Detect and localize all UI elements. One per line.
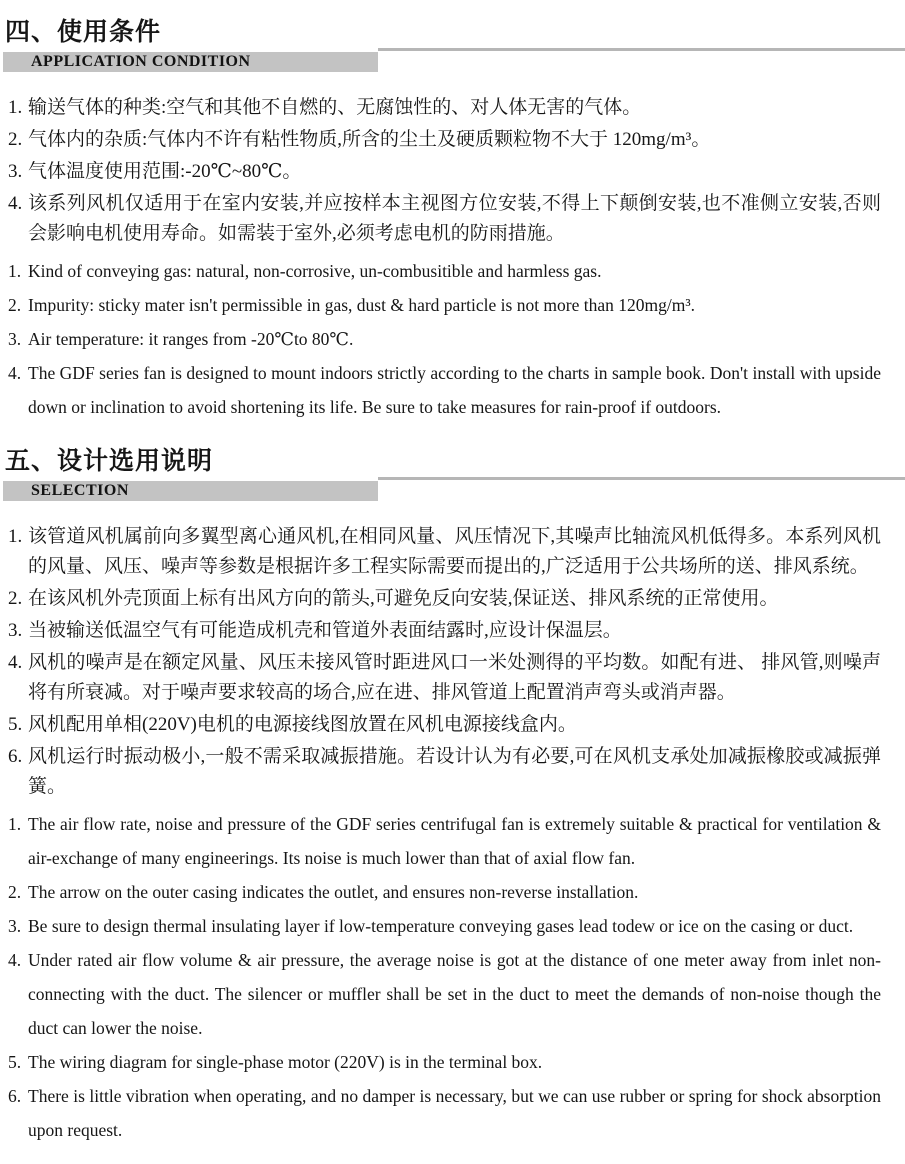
item-number: 3. bbox=[8, 909, 21, 943]
item-text: The GDF series fan is designed to mount … bbox=[28, 363, 881, 417]
item-text: 输送气体的种类:空气和其他不自燃的、无腐蚀性的、对人体无害的气体。 bbox=[28, 97, 641, 118]
list-item: 6. 风机运行时振动极小,一般不需采取减振措施。若设计认为有必要,可在风机支承处… bbox=[0, 742, 881, 802]
item-text: Be sure to design thermal insulating lay… bbox=[28, 916, 853, 936]
list-item: 1. 输送气体的种类:空气和其他不自燃的、无腐蚀性的、对人体无害的气体。 bbox=[0, 93, 881, 123]
section-title-cn: 四、使用条件 bbox=[5, 0, 905, 47]
list-item: 1. 该管道风机属前向多翼型离心通风机,在相同风量、风压情况下,其噪声比轴流风机… bbox=[0, 522, 881, 582]
list-item: 2. The arrow on the outer casing indicat… bbox=[0, 875, 881, 909]
list-item: 4. The GDF series fan is designed to mou… bbox=[0, 356, 881, 424]
item-text: 风机运行时振动极小,一般不需采取减振措施。若设计认为有必要,可在风机支承处加减振… bbox=[28, 746, 881, 797]
list-item: 2. 在该风机外壳顶面上标有出风方向的箭头,可避免反向安装,保证送、排风系统的正… bbox=[0, 584, 881, 614]
item-number: 1. bbox=[8, 93, 22, 123]
list-item: 3. 气体温度使用范围:-20℃~80℃。 bbox=[0, 157, 881, 187]
item-number: 4. bbox=[8, 943, 21, 977]
selection-list-cn: 1. 该管道风机属前向多翼型离心通风机,在相同风量、风压情况下,其噪声比轴流风机… bbox=[0, 522, 905, 802]
section-header-band: APPLICATION CONDITION bbox=[0, 48, 905, 72]
item-number: 5. bbox=[8, 710, 22, 740]
list-item: 1. Kind of conveying gas: natural, non-c… bbox=[0, 254, 881, 288]
item-number: 4. bbox=[8, 189, 22, 219]
item-text: The wiring diagram for single-phase moto… bbox=[28, 1052, 542, 1072]
item-number: 1. bbox=[8, 807, 21, 841]
header-rule-line bbox=[378, 48, 905, 51]
list-item: 3. 当被输送低温空气有可能造成机壳和管道外表面结露时,应设计保温层。 bbox=[0, 616, 881, 646]
item-number: 3. bbox=[8, 616, 22, 646]
header-rule-line bbox=[378, 477, 905, 480]
item-text: 风机配用单相(220V)电机的电源接线图放置在风机电源接线盒内。 bbox=[28, 714, 577, 735]
section-title-en-bar: SELECTION bbox=[3, 481, 378, 501]
list-item: 3. Be sure to design thermal insulating … bbox=[0, 909, 881, 943]
list-item: 2. Impurity: sticky mater isn't permissi… bbox=[0, 288, 881, 322]
section-selection: 五、设计选用说明 SELECTION 1. 该管道风机属前向多翼型离心通风机,在… bbox=[0, 448, 905, 1147]
item-number: 1. bbox=[8, 254, 21, 288]
section-application-condition: 四、使用条件 APPLICATION CONDITION 1. 输送气体的种类:… bbox=[0, 0, 905, 424]
list-item: 5. 风机配用单相(220V)电机的电源接线图放置在风机电源接线盒内。 bbox=[0, 710, 881, 740]
item-number: 2. bbox=[8, 288, 21, 322]
item-text: Under rated air flow volume & air pressu… bbox=[28, 950, 881, 1038]
item-number: 2. bbox=[8, 875, 21, 909]
list-item: 5. The wiring diagram for single-phase m… bbox=[0, 1045, 881, 1079]
list-item: 4. Under rated air flow volume & air pre… bbox=[0, 943, 881, 1045]
section-title-en: APPLICATION CONDITION bbox=[3, 52, 378, 72]
item-number: 4. bbox=[8, 356, 21, 390]
item-text: 在该风机外壳顶面上标有出风方向的箭头,可避免反向安装,保证送、排风系统的正常使用… bbox=[28, 588, 779, 609]
item-text: The arrow on the outer casing indicates … bbox=[28, 882, 638, 902]
item-text: 气体温度使用范围:-20℃~80℃。 bbox=[28, 161, 301, 182]
catalog-page: 四、使用条件 APPLICATION CONDITION 1. 输送气体的种类:… bbox=[0, 0, 905, 1164]
list-item: 2. 气体内的杂质:气体内不许有粘性物质,所含的尘土及硬质颗粒物不大于 120m… bbox=[0, 125, 881, 155]
item-number: 5. bbox=[8, 1045, 21, 1079]
section-title-cn: 五、设计选用说明 bbox=[5, 448, 905, 476]
selection-list-en: 1. The air flow rate, noise and pressure… bbox=[0, 807, 905, 1147]
item-text: Air temperature: it ranges from -20℃to 8… bbox=[28, 329, 353, 349]
application-condition-list-en: 1. Kind of conveying gas: natural, non-c… bbox=[0, 254, 905, 424]
item-number: 6. bbox=[8, 742, 22, 772]
item-text: 该管道风机属前向多翼型离心通风机,在相同风量、风压情况下,其噪声比轴流风机低得多… bbox=[28, 526, 881, 577]
item-text: 该系列风机仅适用于在室内安装,并应按样本主视图方位安装,不得上下颠倒安装,也不准… bbox=[28, 193, 881, 244]
item-number: 3. bbox=[8, 157, 22, 187]
item-number: 6. bbox=[8, 1079, 21, 1113]
item-text: Impurity: sticky mater isn't permissible… bbox=[28, 295, 695, 315]
item-text: 当被输送低温空气有可能造成机壳和管道外表面结露时,应设计保温层。 bbox=[28, 620, 622, 641]
section-title-en-bar: APPLICATION CONDITION bbox=[3, 52, 378, 72]
item-number: 2. bbox=[8, 125, 22, 155]
section-header-band: SELECTION bbox=[0, 477, 905, 501]
list-item: 6. There is little vibration when operat… bbox=[0, 1079, 881, 1147]
item-number: 3. bbox=[8, 322, 21, 356]
list-item: 4. 风机的噪声是在额定风量、风压未接风管时距进风口一米处测得的平均数。如配有进… bbox=[0, 648, 881, 708]
item-number: 4. bbox=[8, 648, 22, 678]
list-item: 3. Air temperature: it ranges from -20℃t… bbox=[0, 322, 881, 356]
item-text: Kind of conveying gas: natural, non-corr… bbox=[28, 261, 601, 281]
application-condition-list-cn: 1. 输送气体的种类:空气和其他不自燃的、无腐蚀性的、对人体无害的气体。 2. … bbox=[0, 93, 905, 249]
section-title-en: SELECTION bbox=[3, 481, 378, 501]
item-number: 2. bbox=[8, 584, 22, 614]
item-text: 气体内的杂质:气体内不许有粘性物质,所含的尘土及硬质颗粒物不大于 120mg/m… bbox=[28, 129, 710, 150]
item-text: There is little vibration when operating… bbox=[28, 1086, 881, 1140]
list-item: 4. 该系列风机仅适用于在室内安装,并应按样本主视图方位安装,不得上下颠倒安装,… bbox=[0, 189, 881, 249]
list-item: 1. The air flow rate, noise and pressure… bbox=[0, 807, 881, 875]
item-text: The air flow rate, noise and pressure of… bbox=[28, 814, 881, 868]
item-text: 风机的噪声是在额定风量、风压未接风管时距进风口一米处测得的平均数。如配有进、 排… bbox=[28, 652, 881, 703]
item-number: 1. bbox=[8, 522, 22, 552]
